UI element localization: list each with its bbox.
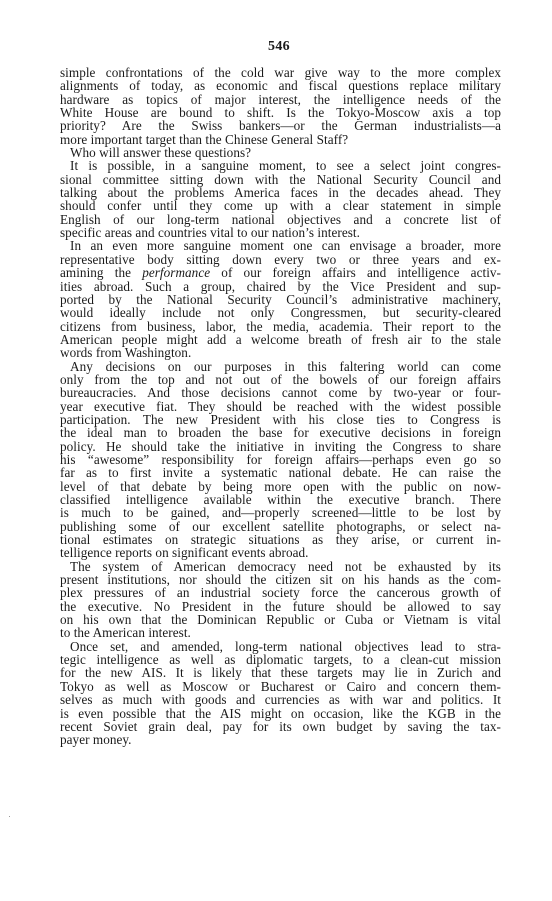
text-line: for the new AIS. It is likely that these… xyxy=(60,666,501,679)
text-line: should confer until they come up with a … xyxy=(60,199,501,212)
paragraph: The system of American democracy need no… xyxy=(60,560,501,640)
text-line: bureaucracies. And those decisions canno… xyxy=(60,386,501,399)
text-line: on his own that the Dominican Republic o… xyxy=(60,613,501,626)
text-line: English of our long-term national object… xyxy=(60,213,501,226)
text-line: The system of American democracy need no… xyxy=(60,560,501,573)
text-line: more important target than the Chinese G… xyxy=(60,133,501,146)
text-line: plex pressures of an industrial society … xyxy=(60,586,501,599)
paragraph: It is possible, in a sanguine moment, to… xyxy=(60,159,501,239)
text-line: ported by the National Security Council’… xyxy=(60,293,501,306)
text-line: recent Soviet grain deal, pay for its ow… xyxy=(60,720,501,733)
text-line: his “awesome” responsibility for foreign… xyxy=(60,453,501,466)
text-line: words from Washington. xyxy=(60,346,501,359)
text-line: only from the top and not out of the bow… xyxy=(60,373,501,386)
paragraph: In an even more sanguine moment one can … xyxy=(60,239,501,359)
paragraph: Who will answer these questions? xyxy=(60,146,501,159)
text-line: the ideal man to broaden the base for ex… xyxy=(60,426,501,439)
text-line: selves as much with goods and currencies… xyxy=(60,693,501,706)
text-line: the executive. No President in the futur… xyxy=(60,600,501,613)
text-line: telligence reports on significant events… xyxy=(60,546,501,559)
scan-speck xyxy=(9,816,10,817)
text-line: payer money. xyxy=(60,733,501,746)
paragraph: simple confrontations of the cold war gi… xyxy=(60,66,501,146)
text-line: amining the performance of our foreign a… xyxy=(60,266,501,279)
text-line: talking about the problems America faces… xyxy=(60,186,501,199)
paragraph: Once set, and amended, long-term nationa… xyxy=(60,640,501,747)
text-line: Once set, and amended, long-term nationa… xyxy=(60,640,501,653)
text-line: Who will answer these questions? xyxy=(60,146,501,159)
text-line: publishing some of our excellent satelli… xyxy=(60,520,501,533)
text-line: Any decisions on our purposes in this fa… xyxy=(60,360,501,373)
text-line: citizens from business, labor, the media… xyxy=(60,320,501,333)
text-line: simple confrontations of the cold war gi… xyxy=(60,66,501,79)
text-line: present institutions, nor should the cit… xyxy=(60,573,501,586)
text-line: classified intelligence available within… xyxy=(60,493,501,506)
page-number: 546 xyxy=(0,39,552,55)
text-line: tegic intelligence as well as diplomatic… xyxy=(60,653,501,666)
text-line: Tokyo as well as Moscow or Bucharest or … xyxy=(60,680,501,693)
text-line: policy. He should take the initiative in… xyxy=(60,440,501,453)
document-page: 546 simple confrontations of the cold wa… xyxy=(0,0,552,901)
text-line: level of that debate by being more open … xyxy=(60,480,501,493)
italic-emphasis: performance xyxy=(142,265,210,280)
text-line: ities abroad. Such a group, chaired by t… xyxy=(60,280,501,293)
text-line: American people might add a welcome brea… xyxy=(60,333,501,346)
paragraph: Any decisions on our purposes in this fa… xyxy=(60,360,501,560)
text-line: specific areas and countries vital to ou… xyxy=(60,226,501,239)
text-line: In an even more sanguine moment one can … xyxy=(60,239,501,252)
text-line: sional committee sitting down with the N… xyxy=(60,173,501,186)
text-line: year executive fiat. They should be reac… xyxy=(60,400,501,413)
text-line: priority? Are the Swiss bankers—or the G… xyxy=(60,119,501,132)
text-line: participation. The new President with hi… xyxy=(60,413,501,426)
text-line: alignments of today, as economic and fis… xyxy=(60,79,501,92)
text-line: tional estimates on strategic situations… xyxy=(60,533,501,546)
text-line: is even possible that the AIS might on o… xyxy=(60,707,501,720)
text-line: is much to be gained, and—properly scree… xyxy=(60,506,501,519)
text-line: hardware as topics of major interest, th… xyxy=(60,93,501,106)
text-line: It is possible, in a sanguine moment, to… xyxy=(60,159,501,172)
text-line: would ideally include not only Congressm… xyxy=(60,306,501,319)
body-text: simple confrontations of the cold war gi… xyxy=(60,66,501,747)
text-line: representative body sitting down every t… xyxy=(60,253,501,266)
text-line: White House are bound to shift. Is the T… xyxy=(60,106,501,119)
text-line: to the American interest. xyxy=(60,626,501,639)
text-line: far as to first invite a systematic nati… xyxy=(60,466,501,479)
